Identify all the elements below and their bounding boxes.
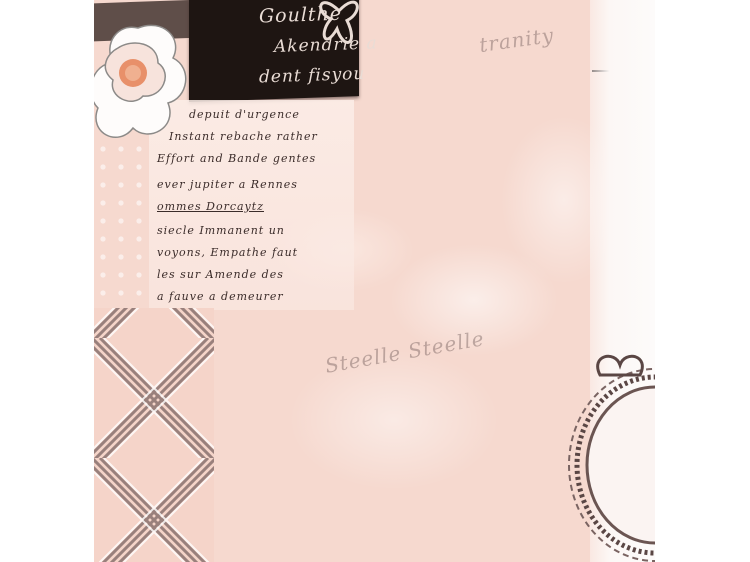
letter-line: depuit d'urgence bbox=[189, 108, 300, 121]
plaid-pattern bbox=[94, 308, 214, 562]
letter-line: a fauve a demeurer bbox=[157, 290, 284, 303]
dot-pattern bbox=[94, 140, 154, 310]
letter-line: siecle Immanent un bbox=[157, 224, 285, 237]
letter-line: ommes Dorcaytz bbox=[157, 200, 264, 213]
ornate-oval-frame bbox=[560, 345, 655, 562]
plaid-patch bbox=[94, 308, 214, 562]
letter-line: Effort and Bande gentes bbox=[157, 152, 316, 165]
bow-ornament-icon bbox=[309, 0, 369, 72]
top-script: tranity bbox=[478, 23, 556, 57]
mid-script: Steelle Steelle bbox=[323, 326, 486, 378]
scrapbook-paper: Goulthe Akendrie a dent fisyou depuit d'… bbox=[94, 0, 655, 562]
peony-flower-icon bbox=[94, 18, 193, 148]
oval-frame-icon bbox=[560, 345, 655, 562]
letter-line: voyons, Empathe faut bbox=[157, 246, 298, 259]
black-script-block: Goulthe Akendrie a dent fisyou bbox=[189, 0, 359, 102]
letter-line: les sur Amende des bbox=[157, 268, 284, 281]
letter-line: ever jupiter a Rennes bbox=[157, 178, 298, 191]
